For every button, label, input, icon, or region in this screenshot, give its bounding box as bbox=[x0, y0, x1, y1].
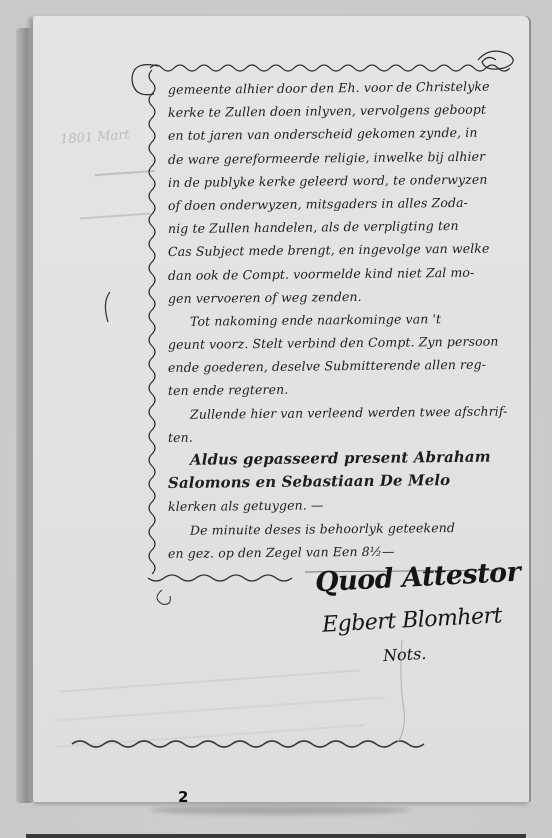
body-line-15: Zullende hier van verleend werden twee a… bbox=[168, 399, 528, 426]
page-edge-shadow bbox=[16, 28, 34, 803]
body-line-4: de ware gereformeerde religie, inwelke b… bbox=[168, 144, 528, 171]
body-line-14: ten ende regteren. bbox=[168, 376, 528, 403]
scanner-bottom-edge bbox=[26, 834, 526, 838]
body-line-9: dan ook de Compt. voormelde kind niet Za… bbox=[168, 260, 528, 287]
body-line-20: De minuite deses is behoorlyk geteekend bbox=[168, 515, 528, 542]
body-line-19: klerken als getuygen. — bbox=[168, 492, 528, 519]
folio-mark: 2 bbox=[178, 788, 188, 806]
notary-title: Nots. bbox=[383, 644, 427, 665]
page-bottom-shadow bbox=[150, 805, 410, 815]
body-line-8: Cas Subject mede brengt, en ingevolge va… bbox=[168, 237, 528, 264]
body-line-3: en tot jaren van onderscheid gekomen zyn… bbox=[168, 121, 528, 148]
deed-body-text: gemeente alhier door den Eh. voor de Chr… bbox=[168, 78, 528, 565]
